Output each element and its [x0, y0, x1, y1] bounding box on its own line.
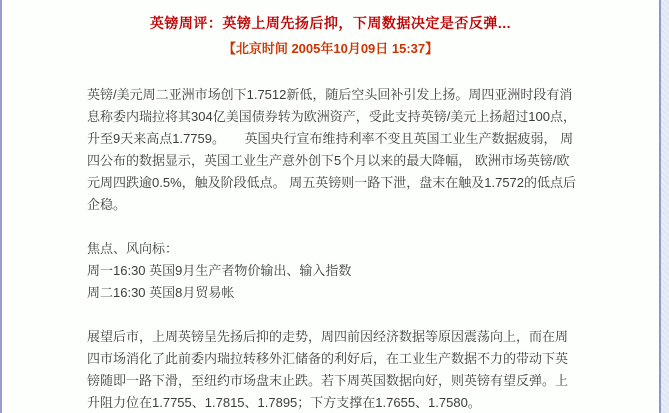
focus-item-monday: 周一16:30 英国9月生产者物价输出、输入指数 — [87, 260, 579, 282]
article-page: 英镑周评：英镑上周先扬后抑，下周数据决定是否反弹... 【北京时间 2005年1… — [0, 0, 669, 413]
focus-heading: 焦点、风向标： — [87, 238, 579, 260]
article-content: 英镑周评：英镑上周先扬后抑，下周数据决定是否反弹... 【北京时间 2005年1… — [2, 0, 659, 413]
page-title: 英镑周评：英镑上周先扬后抑，下周数据决定是否反弹... — [2, 13, 659, 33]
article-paragraph-1: 英镑/美元周二亚洲市场创下1.7512新低，随后空头回补引发上扬。周四亚洲时段有… — [87, 84, 579, 216]
focus-item-tuesday: 周二16:30 英国8月贸易帐 — [87, 282, 579, 304]
article-body: 英镑/美元周二亚洲市场创下1.7512新低，随后空头回补引发上扬。周四亚洲时段有… — [87, 84, 579, 413]
article-timestamp: 【北京时间 2005年10月09日 15:37】 — [2, 40, 659, 58]
scrollbar-track[interactable] — [659, 0, 669, 413]
article-paragraph-2: 展望后市，上周英镑呈先扬后抑的走势，周四前因经济数据等原因震荡向上，而在周四市场… — [87, 326, 579, 413]
